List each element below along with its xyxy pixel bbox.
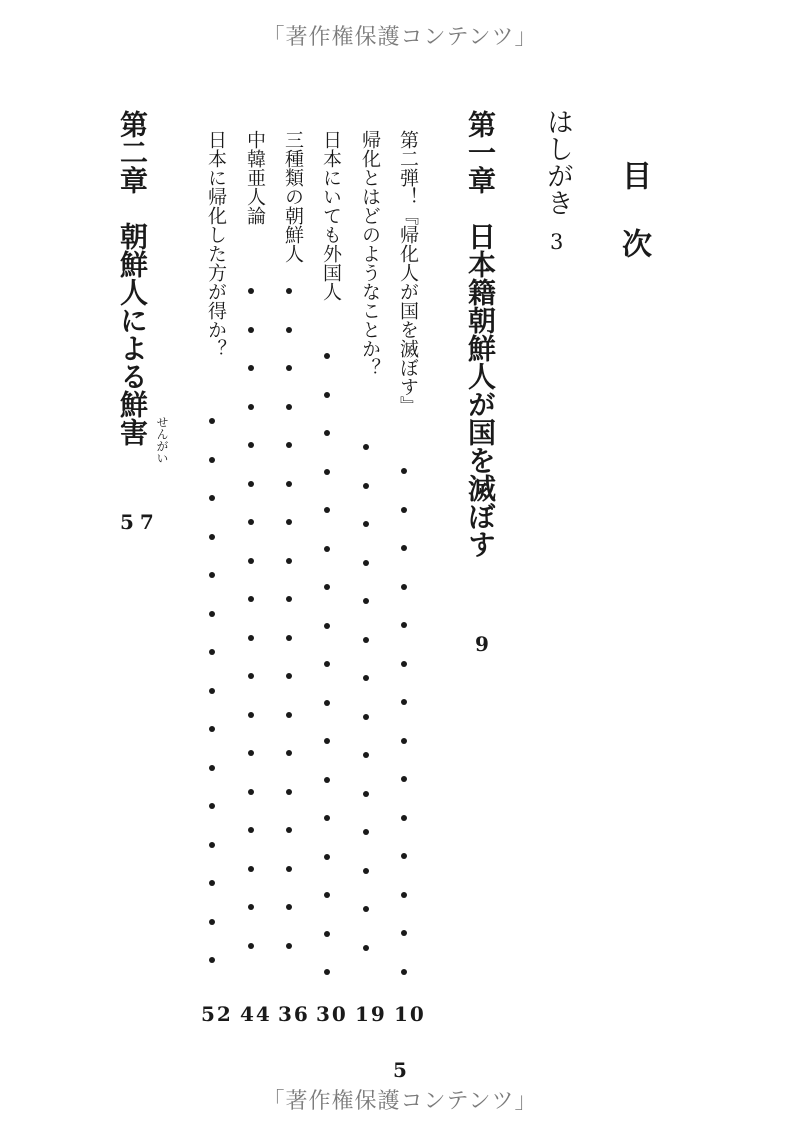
leader-dot — [248, 327, 254, 333]
leader-dot — [401, 661, 407, 667]
leader-dot — [248, 712, 254, 718]
leader-dot — [363, 444, 369, 450]
toc-entry-6[interactable]: 日本に帰化した方が得か？ — [206, 130, 225, 358]
leader-dot — [324, 469, 330, 475]
chapter-1-page: 9 — [475, 632, 495, 656]
leader-dot — [324, 931, 330, 937]
leader-dot — [286, 789, 292, 795]
leader-dot — [209, 418, 215, 424]
toc-entry-1-page: 10 — [394, 1002, 426, 1026]
toc-entry-preface-page: 3 — [550, 232, 563, 253]
leader-dot — [324, 623, 330, 629]
leader-dot — [324, 430, 330, 436]
leader-dot — [286, 712, 292, 718]
leader-dot — [324, 854, 330, 860]
leader-dot — [286, 596, 292, 602]
toc-entry-4-page: 36 — [278, 1002, 310, 1026]
leader-dot — [286, 288, 292, 294]
chapter-2-page: 57 — [120, 510, 160, 534]
leader-dot — [401, 507, 407, 513]
leader-dot — [401, 776, 407, 782]
leader-dot — [248, 904, 254, 910]
toc-entry-3[interactable]: 日本にいても外国人 — [321, 130, 340, 301]
chapter-1-heading[interactable]: 第一章 日本籍朝鮮人が国を滅ぼす — [466, 110, 494, 558]
leader-dot — [248, 481, 254, 487]
leader-dot — [401, 699, 407, 705]
leader-dot — [401, 969, 407, 975]
leader-dots-6 — [209, 418, 215, 996]
toc-entry-preface[interactable]: はしがき — [544, 108, 571, 216]
leader-dot — [363, 483, 369, 489]
leader-dot — [401, 545, 407, 551]
leader-dot — [248, 404, 254, 410]
leader-dot — [209, 726, 215, 732]
copyright-watermark-top: 「著作権保護コンテンツ」 — [0, 20, 800, 51]
leader-dot — [401, 738, 407, 744]
leader-dot — [248, 365, 254, 371]
leader-dot — [286, 442, 292, 448]
leader-dot — [363, 906, 369, 912]
leader-dot — [401, 892, 407, 898]
leader-dot — [286, 481, 292, 487]
toc-entry-1[interactable]: 第二弾！『帰化人が国を滅ぼす』 — [398, 130, 417, 415]
leader-dot — [209, 957, 215, 963]
toc-title-char-2: 次 — [618, 228, 648, 258]
leader-dot — [401, 584, 407, 590]
leader-dot — [209, 803, 215, 809]
leader-dot — [401, 815, 407, 821]
toc-title: 目次 — [618, 160, 648, 258]
toc-entry-2[interactable]: 帰化とはどのようなことか？ — [360, 130, 379, 377]
leader-dot — [209, 688, 215, 694]
leader-dot — [324, 969, 330, 975]
leader-dot — [286, 866, 292, 872]
leader-dot — [248, 635, 254, 641]
leader-dot — [248, 943, 254, 949]
leader-dot — [363, 560, 369, 566]
leader-dot — [401, 468, 407, 474]
leader-dot — [324, 584, 330, 590]
leader-dot — [248, 750, 254, 756]
leader-dot — [286, 519, 292, 525]
leader-dot — [209, 649, 215, 655]
leader-dot — [286, 943, 292, 949]
leader-dot — [363, 791, 369, 797]
leader-dot — [363, 945, 369, 951]
leader-dot — [363, 714, 369, 720]
toc-entry-3-page: 30 — [316, 1002, 348, 1026]
leader-dot — [286, 365, 292, 371]
leader-dot — [363, 868, 369, 874]
leader-dot — [248, 519, 254, 525]
leader-dot — [209, 534, 215, 540]
leader-dot — [209, 495, 215, 501]
leader-dot — [248, 288, 254, 294]
leader-dots-1 — [401, 468, 407, 1007]
leader-dot — [363, 521, 369, 527]
leader-dot — [324, 892, 330, 898]
leader-dots-2 — [363, 444, 369, 983]
leader-dot — [324, 815, 330, 821]
leader-dot — [286, 558, 292, 564]
leader-dot — [401, 853, 407, 859]
leader-dots-4 — [286, 288, 292, 981]
leader-dot — [209, 457, 215, 463]
leader-dot — [401, 930, 407, 936]
leader-dot — [324, 661, 330, 667]
leader-dot — [209, 842, 215, 848]
leader-dot — [248, 673, 254, 679]
leader-dot — [324, 507, 330, 513]
leader-dot — [286, 827, 292, 833]
toc-entry-5-page: 44 — [240, 1002, 272, 1026]
leader-dot — [324, 700, 330, 706]
leader-dot — [286, 904, 292, 910]
leader-dot — [363, 675, 369, 681]
leader-dots-5 — [248, 288, 254, 981]
leader-dot — [209, 572, 215, 578]
leader-dot — [248, 789, 254, 795]
leader-dot — [401, 622, 407, 628]
leader-dots-3 — [324, 353, 330, 1008]
leader-dot — [209, 611, 215, 617]
leader-dot — [324, 738, 330, 744]
leader-dot — [363, 598, 369, 604]
leader-dot — [248, 558, 254, 564]
toc-entry-6-page: 52 — [201, 1002, 233, 1026]
leader-dot — [363, 752, 369, 758]
leader-dot — [324, 392, 330, 398]
leader-dot — [286, 327, 292, 333]
chapter-2-heading[interactable]: 第二章 朝鮮人による鮮害 — [118, 110, 146, 446]
leader-dot — [363, 829, 369, 835]
leader-dot — [248, 596, 254, 602]
leader-dot — [286, 635, 292, 641]
leader-dot — [324, 546, 330, 552]
toc-entry-2-page: 19 — [355, 1002, 387, 1026]
page-number: 5 — [0, 1058, 800, 1082]
leader-dot — [209, 880, 215, 886]
leader-dot — [248, 827, 254, 833]
toc-entry-5[interactable]: 中韓亜人論 — [245, 130, 264, 225]
toc-title-char-1: 目 — [618, 160, 648, 190]
chapter-2-ruby: せんがい — [156, 416, 168, 464]
leader-dot — [209, 765, 215, 771]
copyright-watermark-bottom: 「著作権保護コンテンツ」 — [0, 1084, 800, 1115]
leader-dot — [248, 442, 254, 448]
leader-dot — [286, 750, 292, 756]
leader-dot — [363, 637, 369, 643]
leader-dot — [286, 673, 292, 679]
leader-dot — [248, 866, 254, 872]
leader-dot — [324, 353, 330, 359]
leader-dot — [209, 919, 215, 925]
toc-entry-4[interactable]: 三種類の朝鮮人 — [283, 130, 302, 263]
leader-dot — [324, 777, 330, 783]
leader-dot — [286, 404, 292, 410]
